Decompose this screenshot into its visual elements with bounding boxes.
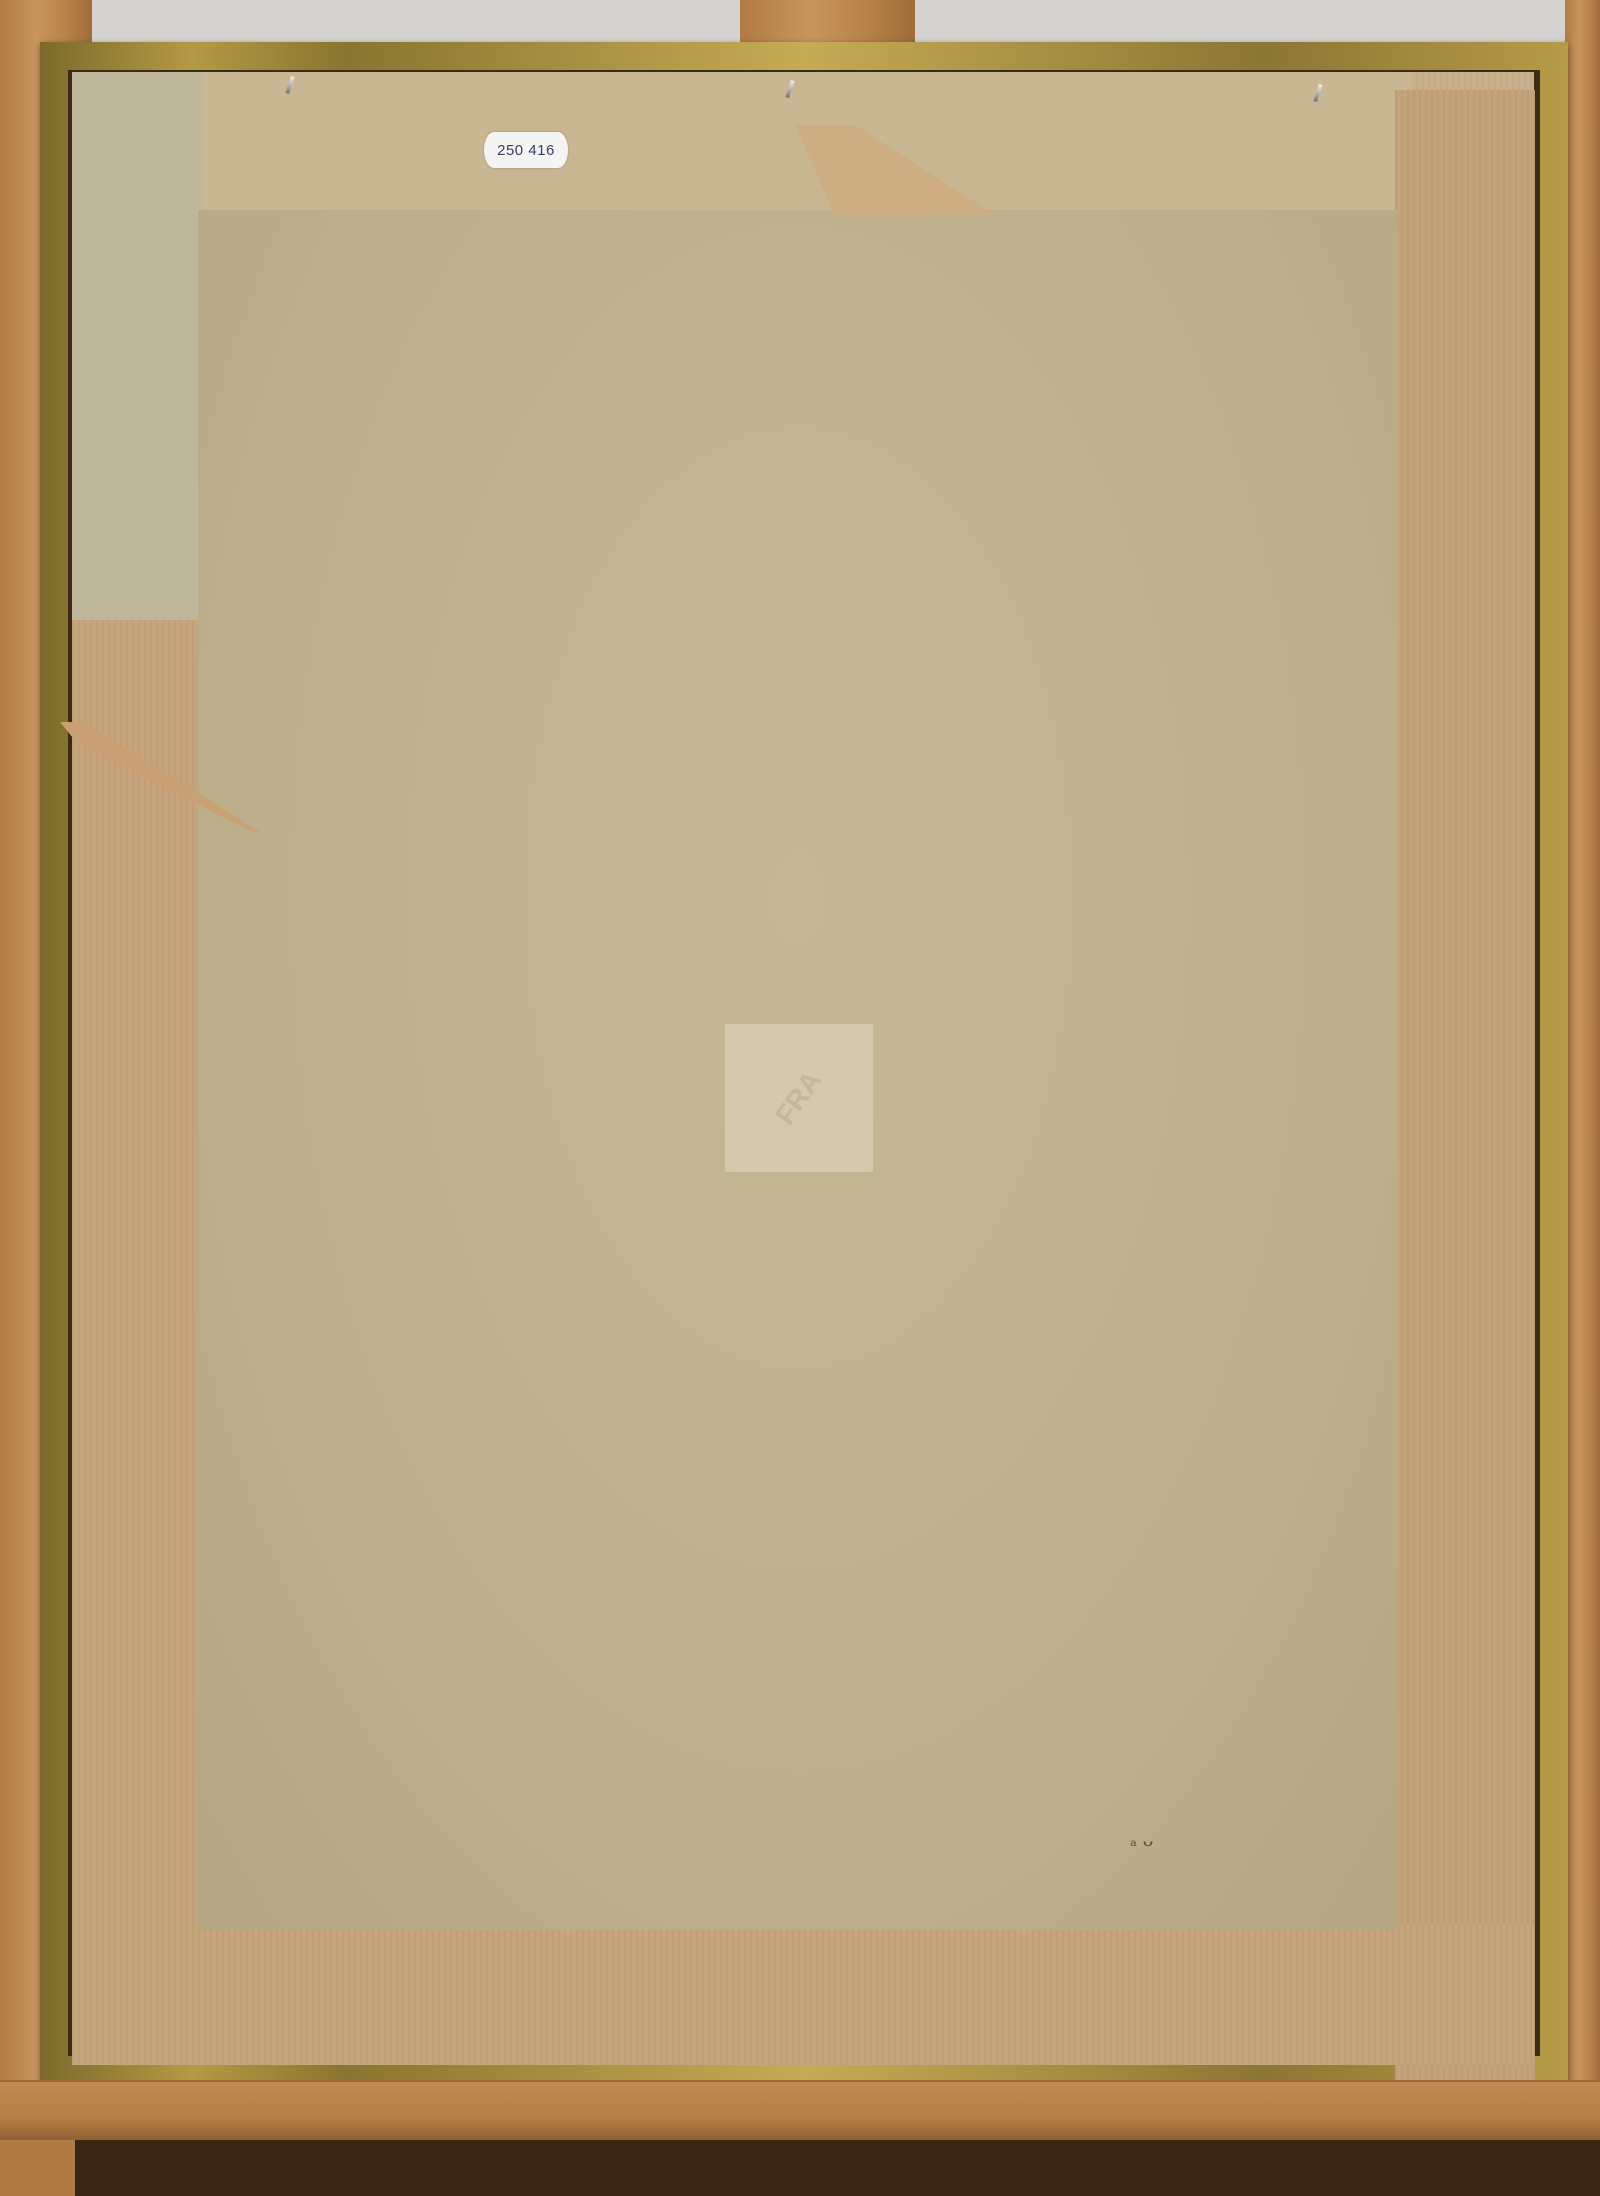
watermark: FRA	[725, 1024, 873, 1172]
backing-board-left	[72, 72, 202, 632]
kraft-tape-left	[72, 620, 200, 1930]
easel-ledge	[0, 2080, 1600, 2142]
easel-shadow	[0, 2140, 1600, 2196]
watermark-text: FRA	[769, 1065, 828, 1130]
easel-right-post	[1565, 0, 1600, 2196]
price-sticker: 250 416	[484, 132, 568, 168]
kraft-tape-right	[1395, 90, 1535, 2080]
kraft-tape-bottom	[72, 1925, 1534, 2065]
pencil-mark: ₐ ᴗ	[1130, 1830, 1154, 1851]
backing-board-top	[72, 72, 1412, 212]
easel-leg-left	[0, 2140, 75, 2196]
